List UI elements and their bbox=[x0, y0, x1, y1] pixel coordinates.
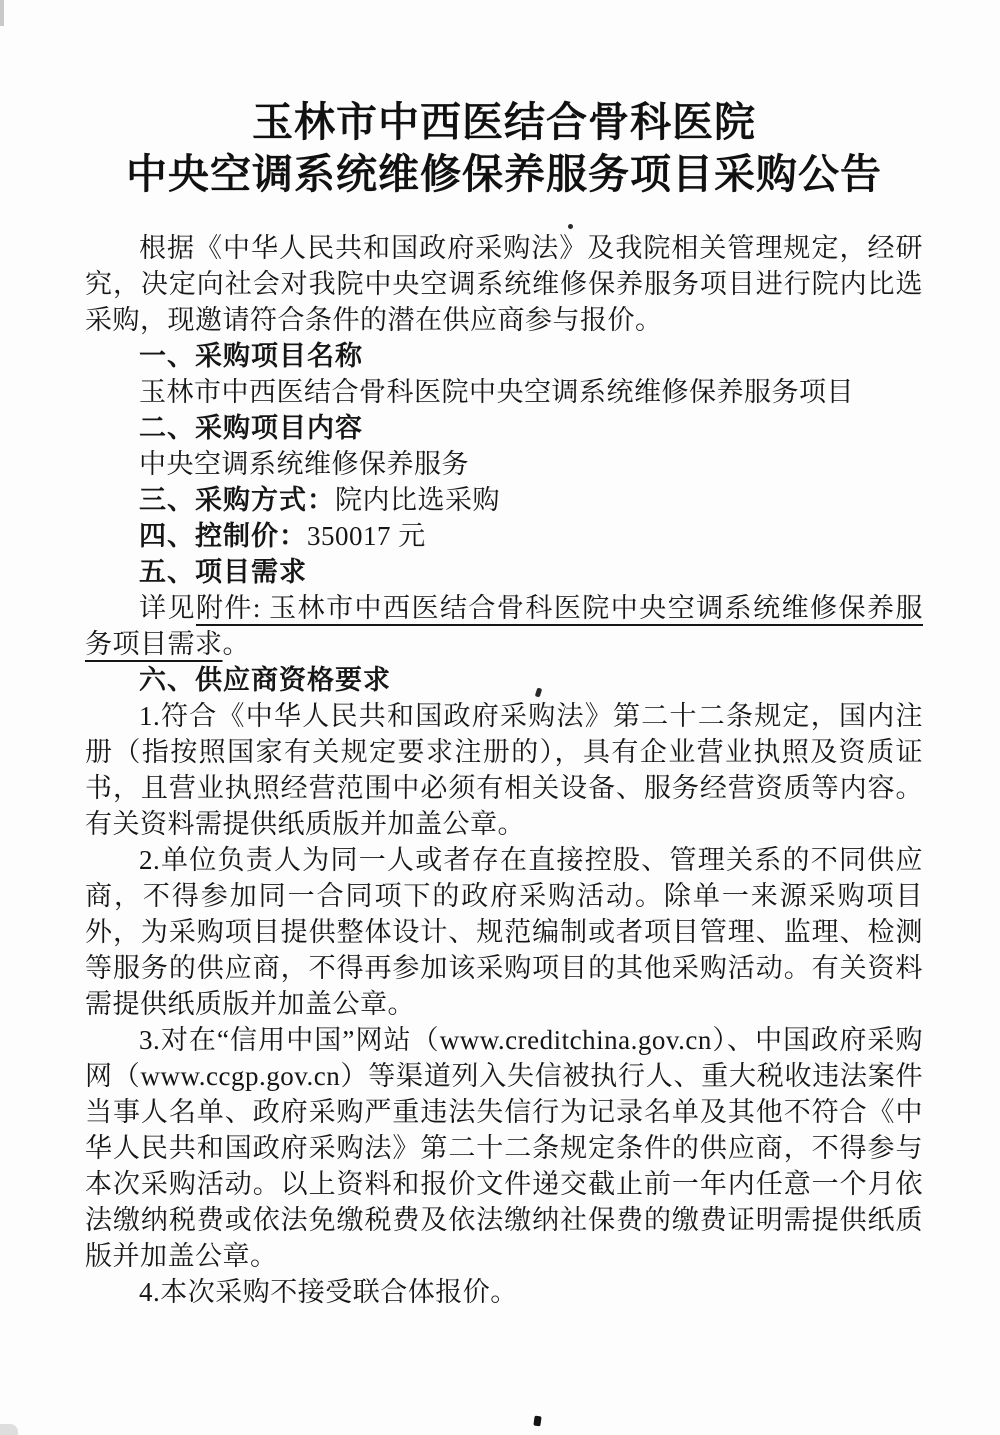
scan-speckle-bottom bbox=[533, 1416, 541, 1427]
requirement-1: 1.符合《中华人民共和国政府采购法》第二十二条规定，国内注册（指按照国家有关规定… bbox=[85, 698, 923, 842]
requirement-3: 3.对在“信用中国”网站（www.creditchina.gov.cn）、中国政… bbox=[85, 1022, 923, 1274]
section-2-text: 中央空调系统维修保养服务 bbox=[85, 446, 923, 482]
attachment-suffix: 。 bbox=[223, 629, 251, 659]
section-1-text: 玉林市中西医结合骨科医院中央空调系统维修保养服务项目 bbox=[85, 374, 923, 410]
attachment-paragraph: 详见附件: 玉林市中西医结合骨科医院中央空调系统维修保养服务项目需求。 bbox=[85, 590, 923, 662]
section-3-label: 三、采购方式： bbox=[139, 485, 335, 515]
scan-edge-mark-bottom-left bbox=[0, 1424, 18, 1435]
section-3-value: 院内比选采购 bbox=[335, 485, 500, 515]
attachment-reference: 附件: 玉林市中西医结合骨科医院中央空调系统维修保养服务项目需求 bbox=[85, 593, 923, 659]
intro-paragraph: 根据《中华人民共和国政府采购法》及我院相关管理规定，经研究，决定向社会对我院中央… bbox=[85, 230, 923, 338]
document-text-block: 根据《中华人民共和国政府采购法》及我院相关管理规定，经研究，决定向社会对我院中央… bbox=[85, 230, 923, 1310]
section-4-line: 四、控制价：350017 元 bbox=[85, 518, 923, 554]
requirement-2: 2.单位负责人为同一人或者存在直接控股、管理关系的不同供应商，不得参加同一合同项… bbox=[85, 842, 923, 1022]
section-1-heading: 一、采购项目名称 bbox=[85, 338, 923, 374]
section-6-heading: 六、供应商资格要求 bbox=[85, 662, 923, 698]
scan-edge-mark-top-left bbox=[0, 0, 4, 26]
section-4-value: 350017 元 bbox=[307, 521, 426, 551]
document-page: 玉林市中西医结合骨科医院 中央空调系统维修保养服务项目采购公告 根据《中华人民共… bbox=[0, 0, 1000, 1435]
section-5-heading: 五、项目需求 bbox=[85, 554, 923, 590]
title-line-1: 玉林市中西医结合骨科医院 bbox=[85, 96, 923, 148]
title-line-2: 中央空调系统维修保养服务项目采购公告 bbox=[85, 148, 923, 200]
section-3-line: 三、采购方式：院内比选采购 bbox=[85, 482, 923, 518]
document-title: 玉林市中西医结合骨科医院 中央空调系统维修保养服务项目采购公告 bbox=[85, 96, 923, 200]
attachment-prefix: 详见 bbox=[139, 593, 196, 623]
scan-speckle-upper bbox=[568, 224, 573, 229]
document-body: 玉林市中西医结合骨科医院 中央空调系统维修保养服务项目采购公告 根据《中华人民共… bbox=[85, 96, 923, 1310]
requirement-4: 4.本次采购不接受联合体报价。 bbox=[85, 1274, 923, 1310]
section-2-heading: 二、采购项目内容 bbox=[85, 410, 923, 446]
section-4-label: 四、控制价： bbox=[139, 521, 307, 551]
